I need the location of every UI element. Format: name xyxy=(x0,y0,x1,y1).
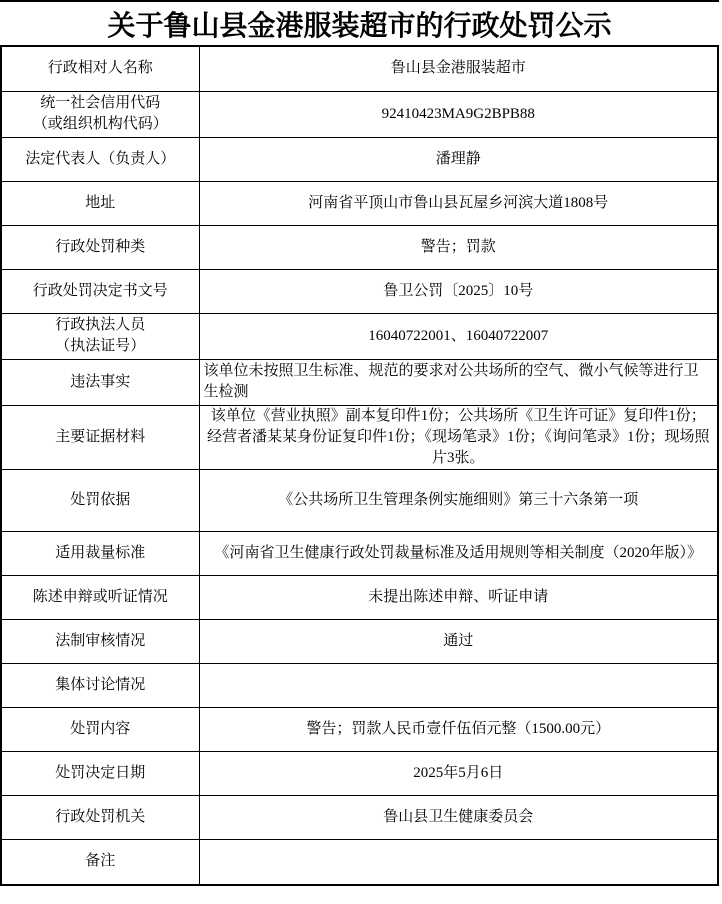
page-title: 关于鲁山县金港服装超市的行政处罚公示 xyxy=(0,0,719,45)
row-label: 备注 xyxy=(1,839,199,885)
row-label: 处罚依据 xyxy=(1,469,199,531)
row-label: 行政执法人员 （执法证号） xyxy=(1,313,199,359)
row-label: 行政处罚种类 xyxy=(1,225,199,269)
row-label: 法制审核情况 xyxy=(1,619,199,663)
row-label: 地址 xyxy=(1,181,199,225)
row-value: 河南省平顶山市鲁山县瓦屋乡河滨大道1808号 xyxy=(199,181,718,225)
row-label: 主要证据材料 xyxy=(1,405,199,469)
table-row: 集体讨论情况 xyxy=(1,663,718,707)
table-row: 法定代表人（负责人）潘理静 xyxy=(1,137,718,181)
table-row: 行政相对人名称鲁山县金港服装超市 xyxy=(1,46,718,91)
row-value xyxy=(199,663,718,707)
table-row: 处罚依据《公共场所卫生管理条例实施细则》第三十六条第一项 xyxy=(1,469,718,531)
row-label: 法定代表人（负责人） xyxy=(1,137,199,181)
table-row: 陈述申辩或听证情况未提出陈述申辩、听证申请 xyxy=(1,575,718,619)
row-value: 警告；罚款人民币壹仟伍佰元整（1500.00元） xyxy=(199,707,718,751)
penalty-notice-sheet: 关于鲁山县金港服装超市的行政处罚公示 行政相对人名称鲁山县金港服装超市统一社会信… xyxy=(0,0,719,886)
row-value: 未提出陈述申辩、听证申请 xyxy=(199,575,718,619)
penalty-table: 行政相对人名称鲁山县金港服装超市统一社会信用代码 （或组织机构代码）924104… xyxy=(0,45,719,886)
row-label: 行政处罚决定书文号 xyxy=(1,269,199,313)
table-row: 行政处罚决定书文号鲁卫公罚〔2025〕10号 xyxy=(1,269,718,313)
table-row: 行政处罚种类警告；罚款 xyxy=(1,225,718,269)
row-label: 违法事实 xyxy=(1,359,199,405)
table-row: 主要证据材料该单位《营业执照》副本复印件1份；公共场所《卫生许可证》复印件1份；… xyxy=(1,405,718,469)
table-row: 违法事实该单位未按照卫生标准、规范的要求对公共场所的空气、微小气候等进行卫生检测 xyxy=(1,359,718,405)
row-label: 处罚内容 xyxy=(1,707,199,751)
table-row: 行政处罚机关鲁山县卫生健康委员会 xyxy=(1,795,718,839)
row-value: 2025年5月6日 xyxy=(199,751,718,795)
row-label: 统一社会信用代码 （或组织机构代码） xyxy=(1,91,199,137)
table-row: 备注 xyxy=(1,839,718,885)
row-label: 陈述申辩或听证情况 xyxy=(1,575,199,619)
row-value: 鲁山县金港服装超市 xyxy=(199,46,718,91)
row-value: 警告；罚款 xyxy=(199,225,718,269)
row-label: 适用裁量标准 xyxy=(1,531,199,575)
row-label: 集体讨论情况 xyxy=(1,663,199,707)
row-value: 92410423MA9G2BPB88 xyxy=(199,91,718,137)
row-value: 16040722001、16040722007 xyxy=(199,313,718,359)
row-value: 《公共场所卫生管理条例实施细则》第三十六条第一项 xyxy=(199,469,718,531)
table-row: 地址河南省平顶山市鲁山县瓦屋乡河滨大道1808号 xyxy=(1,181,718,225)
table-row: 统一社会信用代码 （或组织机构代码）92410423MA9G2BPB88 xyxy=(1,91,718,137)
table-row: 适用裁量标准《河南省卫生健康行政处罚裁量标准及适用规则等相关制度（2020年版）… xyxy=(1,531,718,575)
row-value: 通过 xyxy=(199,619,718,663)
row-label: 处罚决定日期 xyxy=(1,751,199,795)
row-value xyxy=(199,839,718,885)
row-value: 《河南省卫生健康行政处罚裁量标准及适用规则等相关制度（2020年版）》 xyxy=(199,531,718,575)
row-value: 该单位《营业执照》副本复印件1份；公共场所《卫生许可证》复印件1份；经营者潘某某… xyxy=(199,405,718,469)
row-value: 该单位未按照卫生标准、规范的要求对公共场所的空气、微小气候等进行卫生检测 xyxy=(199,359,718,405)
row-label: 行政相对人名称 xyxy=(1,46,199,91)
row-value: 鲁山县卫生健康委员会 xyxy=(199,795,718,839)
row-label: 行政处罚机关 xyxy=(1,795,199,839)
table-row: 行政执法人员 （执法证号）16040722001、16040722007 xyxy=(1,313,718,359)
row-value: 鲁卫公罚〔2025〕10号 xyxy=(199,269,718,313)
penalty-table-body: 行政相对人名称鲁山县金港服装超市统一社会信用代码 （或组织机构代码）924104… xyxy=(1,46,718,885)
table-row: 法制审核情况通过 xyxy=(1,619,718,663)
table-row: 处罚决定日期2025年5月6日 xyxy=(1,751,718,795)
table-row: 处罚内容警告；罚款人民币壹仟伍佰元整（1500.00元） xyxy=(1,707,718,751)
row-value: 潘理静 xyxy=(199,137,718,181)
